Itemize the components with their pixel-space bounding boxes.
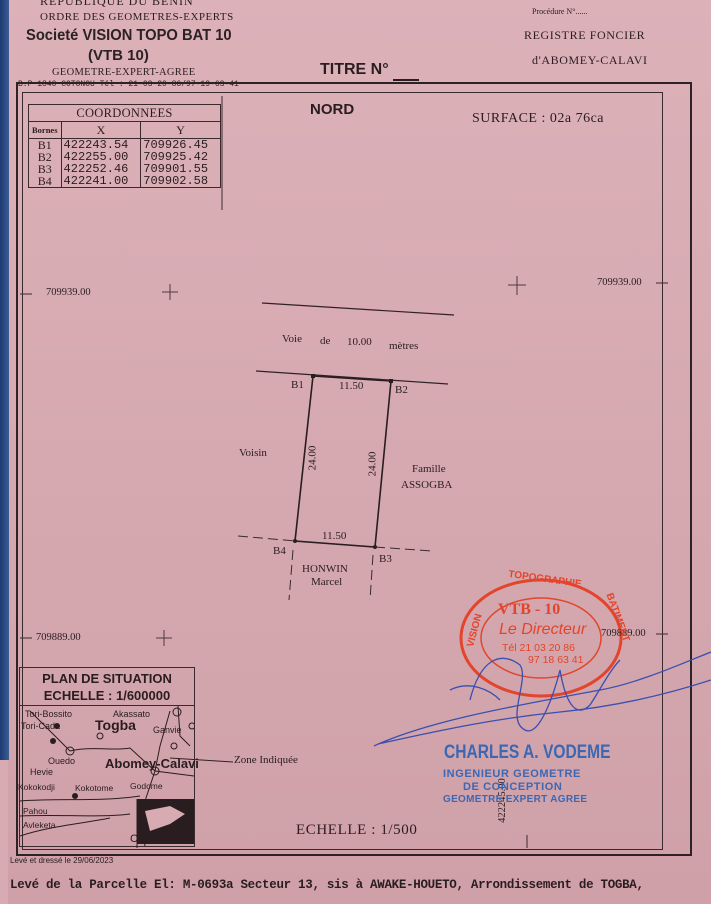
grid-cross-icon <box>156 276 526 646</box>
stamp-role: Le Directeur <box>499 621 586 639</box>
signatory-title-3: GEOMETRE EXPERT AGREE <box>443 794 587 805</box>
location-map: Tori-Bossito Tori-Cada Togba Akassato Ga… <box>20 705 194 848</box>
dim-right: 24.00 <box>366 452 378 477</box>
place-akassato: Akassato <box>113 709 150 719</box>
scale-label: ECHELLE : 1/500 <box>296 822 418 839</box>
place-tori-bossito: Tori-Bossito <box>25 709 72 719</box>
location-plan: PLAN DE SITUATION ECHELLE : 1/600000 <box>19 667 195 847</box>
location-plan-title: PLAN DE SITUATION <box>20 670 194 687</box>
parcel-description: Levé de la Parcelle El: M-0693a Secteur … <box>10 878 644 892</box>
place-avleketa: Avleketa <box>23 820 55 830</box>
grid-label-top-right: 709939.00 <box>597 277 642 288</box>
dim-left: 24.00 <box>306 446 318 471</box>
signatory-title-1: INGENIEUR GEOMETRE <box>443 768 581 780</box>
corner-b4: B4 <box>273 545 286 557</box>
corner-b3: B3 <box>379 553 392 565</box>
neighbor-west: Voisin <box>239 447 267 459</box>
place-tori-cada: Tori-Cada <box>21 721 60 731</box>
stamp-tel1: Tél 21 03 20 86 <box>502 642 575 654</box>
place-togba: Togba <box>95 717 136 733</box>
zone-indicated-label: Zone Indiquée <box>234 754 298 766</box>
stamp-center: VTB - 10 <box>498 601 560 619</box>
stamp-tel2: 97 18 63 41 <box>528 654 583 666</box>
signatory-name: CHARLES A. VODEME <box>444 742 610 764</box>
dim-top: 11.50 <box>339 380 363 392</box>
neighbor-south-line1: HONWIN <box>302 563 348 575</box>
place-ganvie: Ganvie <box>153 725 182 735</box>
place-kokotome: Kokotome <box>75 783 113 793</box>
place-ouedo: Ouedo <box>48 756 75 766</box>
signatory-title-2: DE CONCEPTION <box>463 781 562 793</box>
place-cotonou: COTONOU <box>130 833 193 845</box>
corner-b1: B1 <box>291 379 304 391</box>
place-hevie: Hevie <box>30 767 53 777</box>
road-label: Voie <box>282 333 302 345</box>
signature-icon <box>374 652 711 746</box>
location-plan-scale: ECHELLE : 1/600000 <box>20 687 194 704</box>
neighbor-south-line2: Marcel <box>311 576 342 588</box>
place-pahou: Pahou <box>23 806 48 816</box>
grid-label-bottom-left: 709889.00 <box>36 632 81 643</box>
survey-date: Levé et dressé le 29/06/2023 <box>10 856 113 865</box>
corner-b2: B2 <box>395 384 408 396</box>
place-abomey-calavi: Abomey-Calavi <box>105 756 199 771</box>
road-width: 10.00 <box>347 336 372 348</box>
road-unit: mètres <box>389 340 418 352</box>
location-plan-header: PLAN DE SITUATION ECHELLE : 1/600000 <box>20 670 194 704</box>
place-kokokodji: Kokokodji <box>18 782 55 792</box>
neighbor-east-line1: Famille <box>412 463 446 475</box>
dim-bottom: 11.50 <box>322 530 346 542</box>
neighbor-east-line2: ASSOGBA <box>401 479 452 491</box>
grid-label-top-left: 709939.00 <box>46 287 91 298</box>
place-godome: Godome <box>130 781 163 791</box>
road-de: de <box>320 335 330 347</box>
